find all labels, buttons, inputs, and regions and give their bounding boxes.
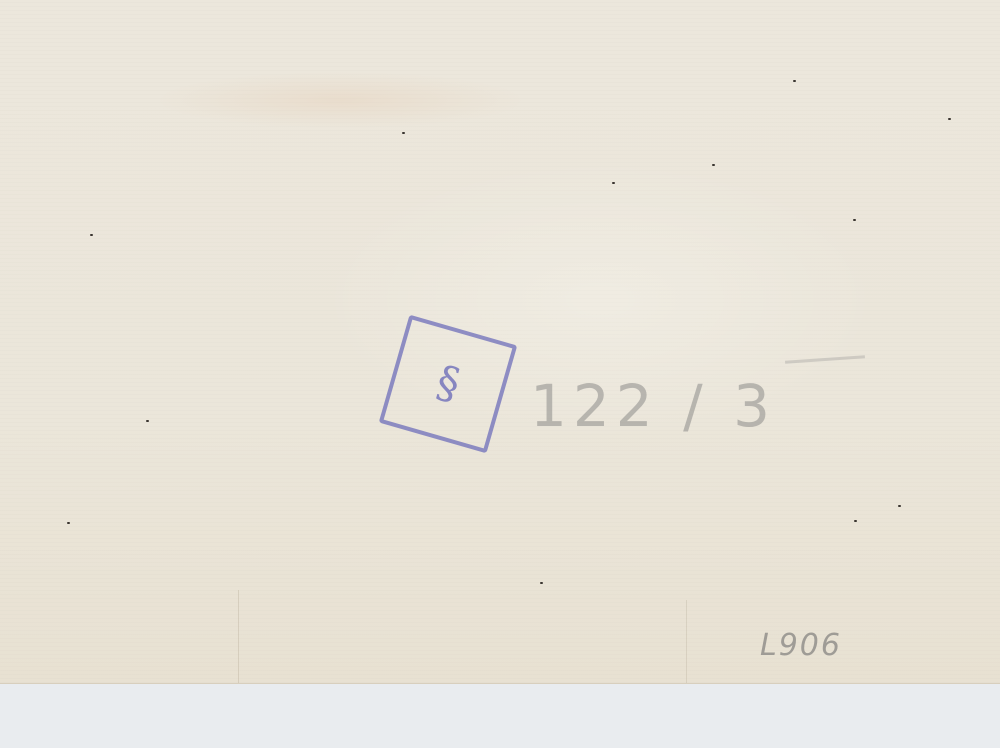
paper-speck (793, 80, 796, 82)
ink-stamp: § (379, 315, 518, 454)
paper-speck (853, 219, 856, 221)
paper-speck (712, 164, 715, 166)
paper-sheet: § 122 / 3 L906 (0, 0, 1000, 684)
pencil-bottom-number: L906 (760, 628, 842, 663)
stamp-monogram: § (431, 360, 464, 408)
pencil-inventory-number: 122 / 3 (530, 372, 776, 440)
paper-speck (402, 132, 405, 134)
paper-speck (540, 582, 543, 584)
paper-speck (67, 522, 70, 524)
paper-crease (238, 590, 239, 683)
paper-speck (948, 118, 951, 120)
paper-speck (898, 505, 901, 507)
paper-crease (686, 600, 687, 683)
paper-speck (90, 234, 93, 236)
paper-speck (854, 520, 857, 522)
paper-speck (612, 182, 615, 184)
paper-speck (146, 420, 149, 422)
pencil-stroke (785, 355, 865, 364)
